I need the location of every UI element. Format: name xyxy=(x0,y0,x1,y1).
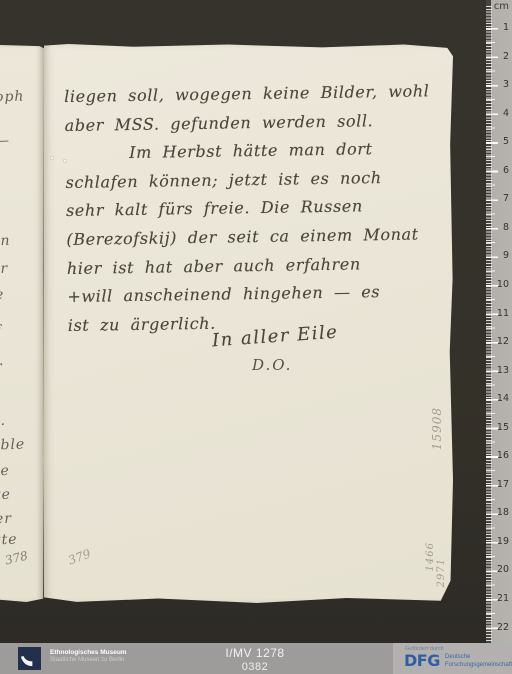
ruler-number-5: 5 xyxy=(493,136,509,147)
word-fragment-11: le xyxy=(0,463,10,480)
word-fragment-8: i xyxy=(0,387,1,403)
word-fragment-13: er xyxy=(0,511,12,528)
dfg-name: Deutsche Forschungsgemeinschaft xyxy=(445,654,512,670)
word-fragment-14: tte xyxy=(0,532,18,549)
manuscript-page: liegen soll, wogegen keine Bilder, wohla… xyxy=(44,44,453,603)
letter-line-6: (Berezofskij) der seit ca einem Monat xyxy=(66,220,452,255)
image-number-label: 0382 xyxy=(120,661,390,673)
cm-ruler: cm 12345678910111213141516171819202122 xyxy=(486,0,512,643)
dfg-name-line2: Forschungsgemeinschaft xyxy=(445,662,512,670)
ruler-number-17: 17 xyxy=(493,479,509,490)
ruler-number-1: 1 xyxy=(493,22,509,33)
museum-logo-icon xyxy=(18,647,41,670)
word-fragment-1: oph xyxy=(0,88,25,105)
word-fragment-6: f xyxy=(0,323,1,339)
ruler-number-3: 3 xyxy=(493,79,509,90)
letter-line-1: liegen soll, wogegen keine Bilder, wohl xyxy=(64,77,450,112)
punch-hole xyxy=(50,156,54,160)
word-fragment-9: i. xyxy=(0,413,6,429)
letter-lines: liegen soll, wogegen keine Bilder, wohla… xyxy=(64,77,454,340)
museum-text: Ethnologisches Museum Staatliche Museen … xyxy=(50,649,127,665)
page-number-pencil: 379 xyxy=(66,547,92,568)
word-fragment-7: r xyxy=(0,359,3,375)
ruler-number-19: 19 xyxy=(493,536,509,547)
footer-center: I/MV 1278 0382 xyxy=(120,643,390,673)
museum-name: Ethnologisches Museum xyxy=(50,649,127,657)
ruler-number-4: 4 xyxy=(493,108,509,119)
ruler-number-11: 11 xyxy=(493,308,509,319)
letter-initials: D.O. xyxy=(252,356,292,374)
ruler-number-7: 7 xyxy=(493,193,509,204)
pencil-mark-vertical: 2971 xyxy=(436,558,447,587)
ruler-number-20: 20 xyxy=(493,564,509,575)
word-fragment-10: ible xyxy=(0,436,25,453)
ruler-number-12: 12 xyxy=(493,336,509,347)
pencil-mark-vertical: 15908 xyxy=(430,407,444,450)
word-fragment-12: te xyxy=(0,487,11,504)
footer-bar: Gefördert durch DFG Deutsche Forschungsg… xyxy=(0,643,512,674)
scan-viewer: oph—inirefrii.ibleleteertte 378 liegen s… xyxy=(0,0,512,674)
previous-page-edge: oph—inirefrii.ibleleteertte 378 xyxy=(0,45,44,602)
ruler-number-10: 10 xyxy=(493,279,509,290)
ruler-number-18: 18 xyxy=(493,507,509,518)
ruler-number-21: 21 xyxy=(493,593,509,604)
ruler-number-13: 13 xyxy=(493,365,509,376)
word-fragment-2: — xyxy=(0,133,10,150)
ruler-number-22: 22 xyxy=(493,622,509,633)
ruler-number-14: 14 xyxy=(493,393,509,404)
ruler-number-16: 16 xyxy=(493,450,509,461)
ruler-number-6: 6 xyxy=(493,165,509,176)
dfg-panel: Gefördert durch DFG Deutsche Forschungsg… xyxy=(393,643,512,674)
word-fragment-5: e xyxy=(0,287,5,303)
pencil-mark-vertical: 1466 xyxy=(425,542,436,571)
ruler-number-15: 15 xyxy=(493,422,509,433)
ruler-unit-label: cm xyxy=(494,1,509,12)
dfg-logo: DFG xyxy=(404,651,440,670)
ruler-number-8: 8 xyxy=(493,222,509,233)
ruler-number-2: 2 xyxy=(493,51,509,62)
dfg-name-line1: Deutsche xyxy=(445,654,512,662)
word-fragment-3: in xyxy=(0,233,11,250)
previous-page-number: 378 xyxy=(4,548,30,567)
word-fragment-4: ir xyxy=(0,261,8,277)
archive-id-label: I/MV 1278 xyxy=(120,646,390,660)
museum-subtitle: Staatliche Museen zu Berlin xyxy=(50,657,127,665)
ruler-number-9: 9 xyxy=(493,250,509,261)
